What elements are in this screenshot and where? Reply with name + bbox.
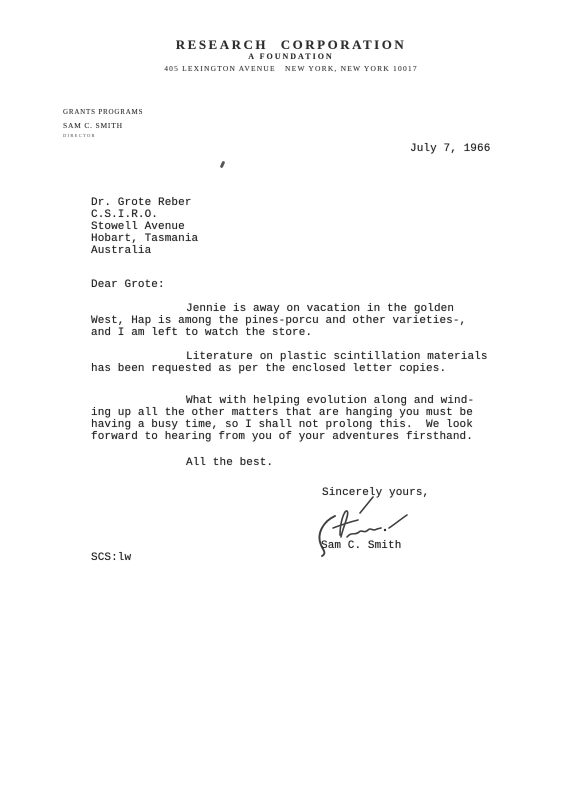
letter-page: RESEARCH CORPORATION A FOUNDATION 405 LE… xyxy=(0,0,582,800)
paragraph-3: What with helping evolution along and wi… xyxy=(91,395,474,443)
sender-block: GRANTS PROGRAMS SAM C. SMITH DIRECTOR xyxy=(63,108,143,138)
sender-title: DIRECTOR xyxy=(63,133,143,138)
typist-reference: SCS:lw xyxy=(91,552,131,564)
org-subtitle: A FOUNDATION xyxy=(0,52,582,61)
paragraph-4: All the best. xyxy=(91,457,273,469)
letter-date: July 7, 1966 xyxy=(410,143,490,155)
signed-name: Sam C. Smith xyxy=(321,540,401,552)
signature-dot xyxy=(384,529,386,531)
org-name: RESEARCH CORPORATION xyxy=(0,37,582,53)
org-address: 405 LEXINGTON AVENUE NEW YORK, NEW YORK … xyxy=(0,64,582,73)
recipient-address: Dr. Grote Reber C.S.I.R.O. Stowell Avenu… xyxy=(91,197,198,257)
sender-name: SAM C. SMITH xyxy=(63,121,143,130)
salutation: Dear Grote: xyxy=(91,279,165,291)
sender-department: GRANTS PROGRAMS xyxy=(63,108,143,116)
paragraph-2: Literature on plastic scintillation mate… xyxy=(91,351,488,375)
ink-mark xyxy=(220,161,226,169)
paragraph-1: Jennie is away on vacation in the golden… xyxy=(91,303,466,339)
